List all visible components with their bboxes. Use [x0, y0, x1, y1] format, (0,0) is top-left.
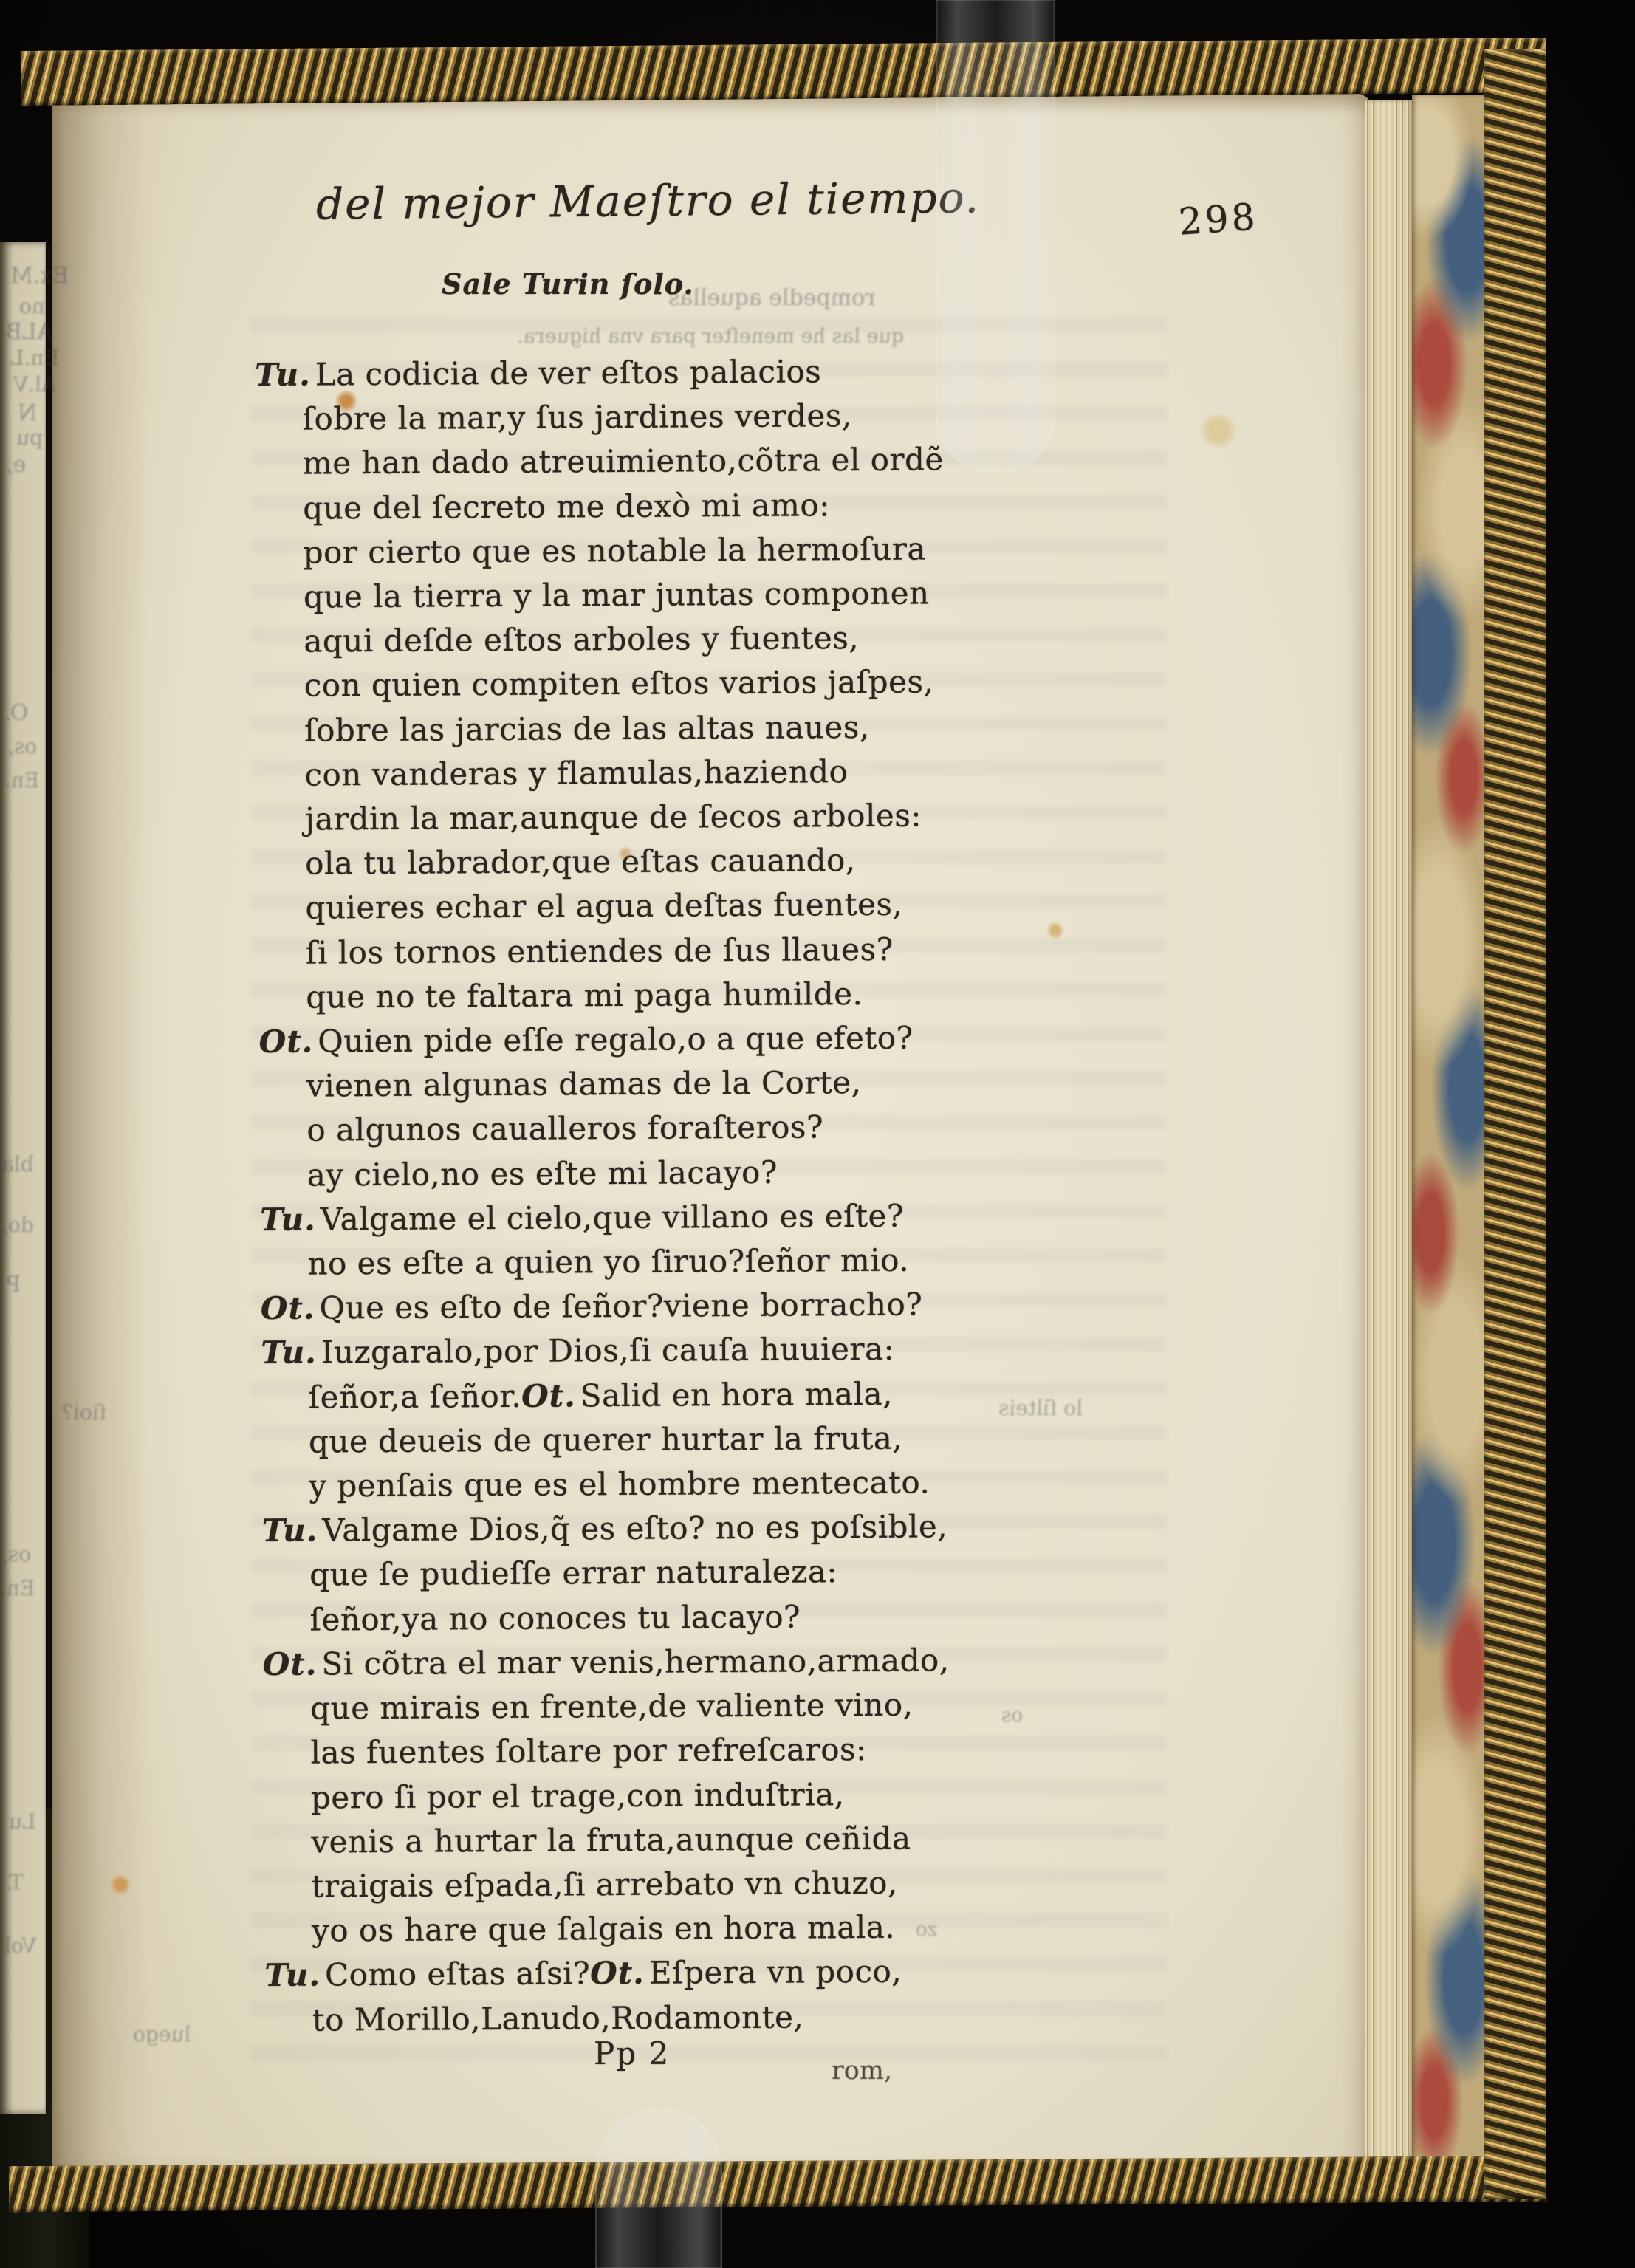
- speaker-label: Ot.: [259, 1024, 314, 1060]
- verse-text: que deueis de querer hurtar la fruta,: [309, 1420, 902, 1460]
- gilt-border-bottom: [9, 2156, 1546, 2213]
- verse-text: Como eſtas aſsi?: [325, 1956, 590, 1993]
- dialogue-line: y penſais que es el hombre mentecato.: [309, 1459, 1192, 1509]
- verse-text: me han dado atreuimiento,cõtra el ordẽ: [303, 442, 944, 482]
- speaker-label: Ot.: [261, 1290, 315, 1326]
- bleedthrough-fragment: lo ſilteis: [998, 1396, 1083, 1420]
- gutter-crease: [44, 244, 53, 2112]
- bleedthrough-fragment: os,: [7, 734, 37, 758]
- dialogue-line: no es eſte a quien yo ſiruo?ſeñor mio.: [307, 1236, 1190, 1287]
- speaker-label: Ot.: [263, 1645, 318, 1682]
- book-cradle-strap-bottom: [595, 2108, 722, 2268]
- bleedthrough-fragment: bla: [1, 1152, 34, 1176]
- verse-text: jardin la mar,aunque de ſecos arboles:: [305, 798, 922, 837]
- speaker-label: Ot.: [521, 1377, 576, 1414]
- gathering-signature: Pp 2: [594, 2035, 670, 2072]
- dialogue-line: Ot.Quien pide eſſe regalo,o a que efeto?: [259, 1014, 1190, 1064]
- bleedthrough-fragment: rompedle aquellas: [668, 285, 876, 311]
- verse-text: que no te faltara mi paga humilde.: [306, 976, 863, 1015]
- verse-text: quieres echar el agua deſtas fuentes,: [305, 886, 902, 926]
- verse-text: aqui deſde eſtos arboles y fuentes,: [304, 620, 859, 659]
- verse-text: que ſe pudieſſe errar naturaleza:: [309, 1554, 837, 1593]
- bleedthrough-fragment: luego: [133, 2022, 191, 2046]
- verse-text: no es eſte a quien yo ſiruo?ſeñor mio.: [307, 1242, 909, 1282]
- dialogue-line: traigais eſpada,ſi arrebato vn chuzo,: [312, 1859, 1195, 1909]
- gilt-border-right: [1484, 49, 1546, 2199]
- dialogue-line: pero ſi por el trage,con induſtria,: [311, 1770, 1194, 1820]
- dialogue-line: que del ſecreto me dexò mi amo:: [303, 481, 1186, 531]
- verse-text: ſobre las jarcias de las altas naues,: [304, 709, 870, 749]
- dialogue-line: Tu.Iuzgaralo,por Dios,ſi cauſa huuiera:: [261, 1326, 1191, 1376]
- verse-text: ſobre la mar,y ſus jardines verdes,: [302, 397, 851, 437]
- verse-text: ſeñor,a ſeñor.: [308, 1377, 521, 1415]
- verse-text: las fuentes ſoltare por refreſcaros:: [310, 1731, 866, 1771]
- catchword: rom,: [832, 2056, 892, 2086]
- verse-text: ay cielo,no es eſte mi lacayo?: [307, 1154, 778, 1193]
- verse-text: que mirais en frente,de valiente vino,: [310, 1687, 914, 1727]
- verse-text: ſeñor,ya no conoces tu lacayo?: [309, 1598, 801, 1637]
- dialogue-line: yo os hare que ſalgais en hora mala.: [312, 1903, 1195, 1953]
- verse-text: Que es eſto de ſeñor?viene borracho?: [319, 1287, 922, 1326]
- dialogue-line: vienen algunas damas de la Corte,: [306, 1059, 1190, 1109]
- verse-text: con vanderas y flamulas,haziendo: [304, 753, 848, 792]
- dialogue-line: que la tierra y la mar juntas componen: [304, 569, 1187, 620]
- running-title: del mejor Maeſtro el tiempo.: [316, 172, 981, 229]
- dialogue-line: ſeñor,ya no conoces tu lacayo?: [309, 1592, 1193, 1642]
- verse-text: Valgame el cielo,que villano es eſte?: [321, 1198, 905, 1238]
- bleedthrough-fragment: Lu: [9, 1809, 36, 1834]
- verse-text: Eſpera vn poco,: [649, 1953, 902, 1991]
- dialogue-block: Tu.La codicia de ver eſtos palaciosſobre…: [255, 347, 1196, 2042]
- speaker-label: Tu.: [255, 357, 311, 393]
- dialogue-line: que mirais en frente,de valiente vino,: [310, 1681, 1193, 1731]
- dialogue-line: ay cielo,no es eſte mi lacayo?: [307, 1148, 1190, 1198]
- dialogue-line: con quien compiten eſtos varios jaſpes,: [304, 659, 1187, 709]
- page-number: 298: [1177, 195, 1259, 243]
- verse-text: ſi los tornos entiendes de ſus llaues?: [306, 931, 894, 970]
- bleedthrough-fragment: N: [18, 400, 37, 426]
- page-block-edges: [1365, 100, 1413, 2162]
- marbled-endpaper-edge: [1412, 95, 1486, 2164]
- verse-text: to Morillo,Lanudo,Rodamonte,: [312, 1998, 804, 2038]
- bleedthrough-fragment: En.: [0, 1576, 35, 1600]
- bleedthrough-fragment: Vol: [4, 1933, 36, 1958]
- page-gutter-shadow: [52, 93, 192, 2182]
- verse-text: venis a hurtar la fruta,aunque ceñida: [311, 1820, 911, 1860]
- verse-text: ola tu labrador,que eſtas cauando,: [305, 842, 856, 882]
- verse-text: traigais eſpada,ſi arrebato vn chuzo,: [312, 1865, 898, 1905]
- speaker-label: Ot.: [590, 1955, 645, 1991]
- bleedthrough-fragment: P: [6, 1272, 21, 1298]
- speaker-label: Tu.: [260, 1201, 316, 1237]
- bleedthrough-fragment: Al.V: [13, 372, 56, 397]
- dialogue-line: Tu.Valgame el cielo,que villano es eſte?: [260, 1192, 1190, 1242]
- bleedthrough-fragment: zo: [916, 1919, 937, 1941]
- dialogue-line: Tu.Valgame Dios,q̃ es eſto? no es poſsib…: [262, 1504, 1193, 1554]
- bleedthrough-fragment: Ex.M: [10, 263, 69, 289]
- dialogue-line: to Morillo,Lanudo,Rodamonte,: [312, 1993, 1196, 2043]
- dialogue-line: ſobre las jarcias de las altas naues,: [304, 703, 1187, 753]
- bleedthrough-fragment: e,: [6, 452, 26, 478]
- verse-text: Quien pide eſſe regalo,o a que efeto?: [318, 1020, 914, 1060]
- bleedthrough-fragment: ſioi?: [62, 1400, 106, 1425]
- speaker-label: Tu.: [264, 1957, 321, 1993]
- bleedthrough-fragment: os: [1001, 1705, 1023, 1727]
- verse-text: con quien compiten eſtos varios jaſpes,: [304, 664, 934, 704]
- bleedthrough-fragment: pu: [16, 425, 43, 450]
- dialogue-line: con vanderas y flamulas,haziendo: [304, 747, 1187, 798]
- bleedthrough-fragment: no: [19, 294, 45, 318]
- verse-text: yo os hare que ſalgais en hora mala.: [312, 1909, 895, 1949]
- stage-direction: Sale Turin ſolo.: [442, 267, 694, 301]
- verse-text: pero ſi por el trage,con induſtria,: [311, 1776, 845, 1815]
- bleedthrough-fragment: T.: [6, 1870, 23, 1894]
- verse-text: que del ſecreto me dexò mi amo:: [303, 487, 830, 526]
- dialogue-line: que deueis de querer hurtar la fruta,: [309, 1414, 1192, 1464]
- dialogue-line: Ot.Que es eſto de ſeñor?viene borracho?: [261, 1281, 1191, 1332]
- book-photo-scene: del mejor Maeſtro el tiempo. 298 Sale Tu…: [0, 0, 1635, 2268]
- dialogue-line: ola tu labrador,que eſtas cauando,: [305, 837, 1188, 887]
- bleedthrough-fragment: En.: [4, 768, 39, 792]
- verse-text: por cierto que es notable la hermoſura: [304, 530, 927, 570]
- speaker-label: Tu.: [262, 1512, 318, 1549]
- dialogue-line: las fuentes ſoltare por refreſcaros:: [310, 1726, 1193, 1776]
- dialogue-line: que no te faltara mi paga humilde.: [306, 970, 1189, 1020]
- foxing-stain: [109, 1874, 131, 1895]
- dialogue-line: me han dado atreuimiento,cõtra el ordẽ: [303, 436, 1186, 487]
- verse-text: que la tierra y la mar juntas componen: [304, 575, 930, 614]
- verse-text: vienen algunas damas de la Corte,: [306, 1064, 862, 1104]
- dialogue-line: jardin la mar,aunque de ſecos arboles:: [305, 792, 1188, 842]
- dialogue-line: aqui deſde eſtos arboles y fuentes,: [304, 614, 1187, 665]
- foxing-stain: [1196, 414, 1241, 448]
- bleedthrough-fragment: ALB: [6, 319, 53, 345]
- verse-text: Salid en hora mala,: [580, 1375, 893, 1414]
- book-cradle-strap-top: [936, 0, 1055, 474]
- dialogue-line: que ſe pudieſſe errar naturaleza:: [309, 1548, 1193, 1598]
- dialogue-line: Tu.Como eſtas aſsi?Ot.Eſpera vn poco,: [264, 1948, 1195, 1998]
- dialogue-line: por cierto que es notable la hermoſura: [303, 525, 1186, 575]
- bleedthrough-fragment: En.L: [10, 346, 59, 370]
- bleedthrough-fragment: O.: [4, 700, 28, 726]
- verse-text: La codicia de ver eſtos palacios: [315, 353, 822, 392]
- dialogue-line: ſi los tornos entiendes de ſus llaues?: [306, 925, 1189, 976]
- bleedthrough-fragment: do,: [1, 1213, 34, 1237]
- bleedthrough-fragment: que las he meneſter para vna higuera.: [517, 325, 904, 348]
- verse-text: Si cõtra el mar venis,hermano,armado,: [321, 1642, 949, 1682]
- verse-text: Iuzgaralo,por Dios,ſi cauſa huuiera:: [321, 1331, 895, 1371]
- dialogue-line: o algunos caualleros foraſteros?: [306, 1103, 1190, 1154]
- bleedthrough-fragment: os,: [1, 1542, 31, 1566]
- verse-text: Valgame Dios,q̃ es eſto? no es poſsible,: [322, 1509, 947, 1549]
- verse-text: y penſais que es el hombre mentecato.: [309, 1464, 930, 1504]
- dialogue-line: Ot.Si cõtra el mar venis,hermano,armado,: [263, 1637, 1193, 1687]
- dialogue-line: venis a hurtar la fruta,aunque ceñida: [311, 1815, 1194, 1865]
- verse-text: o algunos caualleros foraſteros?: [306, 1109, 823, 1148]
- dialogue-line: quieres echar el agua deſtas fuentes,: [305, 881, 1188, 931]
- speaker-label: Tu.: [261, 1335, 317, 1371]
